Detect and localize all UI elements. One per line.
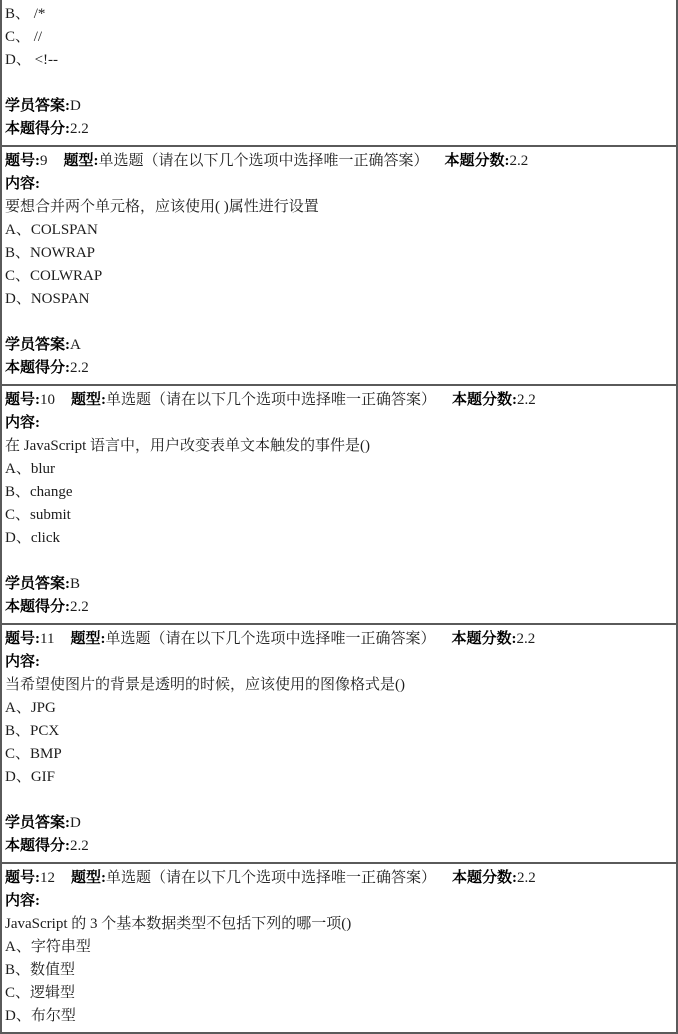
option-row: A、blur [5, 458, 672, 481]
question-text: 在 JavaScript 语言中，用户改变表单文本触发的事件是() [5, 435, 672, 458]
score-obtained-value: 2.2 [70, 838, 89, 854]
question-header: 题号:10题型:单选题（请在以下几个选项中选择唯一正确答案）本题分数:2.2 [5, 389, 672, 412]
question-score: 2.2 [517, 870, 536, 886]
content-label: 内容: [5, 176, 40, 192]
score-obtained-label: 本题得分: [5, 599, 70, 615]
exam-document-page: B、 /* C、 // D、 <!-- 学员答案:D 本题得分:2.2 题号:9… [0, 0, 678, 1034]
score-obtained-value: 2.2 [70, 599, 89, 615]
option-row: D、click [5, 527, 672, 550]
question-number: 10 [40, 392, 55, 408]
question-number-label: 题号: [5, 153, 40, 169]
question-header: 题号:12题型:单选题（请在以下几个选项中选择唯一正确答案）本题分数:2.2 [5, 867, 672, 890]
score-obtained-label: 本题得分: [5, 121, 70, 137]
question-score-label: 本题分数: [451, 631, 516, 647]
option-row: B、PCX [5, 720, 672, 743]
question-number: 12 [40, 870, 55, 886]
question-block-11: 题号:11题型:单选题（请在以下几个选项中选择唯一正确答案）本题分数:2.2 内… [2, 625, 676, 864]
question-text: JavaScript 的 3 个基本数据类型不包括下列的哪一项() [5, 913, 672, 936]
blank-line [5, 789, 672, 812]
student-answer-value: D [70, 815, 81, 831]
student-answer-value: B [70, 576, 80, 592]
option-row: C、COLWRAP [5, 265, 672, 288]
student-answer-label: 学员答案: [5, 576, 70, 592]
question-header: 题号:9题型:单选题（请在以下几个选项中选择唯一正确答案）本题分数:2.2 [5, 150, 672, 173]
question-type-label: 题型: [70, 631, 105, 647]
question-text: 当希望使图片的背景是透明的时候，应该使用的图像格式是() [5, 674, 672, 697]
option-row: C、submit [5, 504, 672, 527]
student-answer-label: 学员答案: [5, 98, 70, 114]
student-answer-label: 学员答案: [5, 337, 70, 353]
question-number: 9 [40, 153, 48, 169]
score-obtained-value: 2.2 [70, 360, 89, 376]
question-type: 单选题（请在以下几个选项中选择唯一正确答案） [99, 153, 429, 169]
option-row: B、 /* [5, 3, 672, 26]
question-block-partial: B、 /* C、 // D、 <!-- 学员答案:D 本题得分:2.2 [2, 0, 676, 147]
question-type: 单选题（请在以下几个选项中选择唯一正确答案） [106, 392, 436, 408]
option-row: B、NOWRAP [5, 242, 672, 265]
score-obtained-value: 2.2 [70, 121, 89, 137]
question-number-label: 题号: [5, 631, 40, 647]
question-block-10: 题号:10题型:单选题（请在以下几个选项中选择唯一正确答案）本题分数:2.2 内… [2, 386, 676, 625]
question-header: 题号:11题型:单选题（请在以下几个选项中选择唯一正确答案）本题分数:2.2 [5, 628, 672, 651]
score-obtained-label: 本题得分: [5, 360, 70, 376]
blank-line [5, 72, 672, 95]
content-label: 内容: [5, 654, 40, 670]
option-row: B、数值型 [5, 959, 672, 982]
option-row: D、GIF [5, 766, 672, 789]
student-answer-value: D [70, 98, 81, 114]
question-block-9: 题号:9题型:单选题（请在以下几个选项中选择唯一正确答案）本题分数:2.2 内容… [2, 147, 676, 386]
student-answer-value: A [70, 337, 81, 353]
option-row: D、NOSPAN [5, 288, 672, 311]
content-label: 内容: [5, 415, 40, 431]
content-label: 内容: [5, 893, 40, 909]
option-row: A、JPG [5, 697, 672, 720]
question-score-label: 本题分数: [445, 153, 510, 169]
question-score-label: 本题分数: [452, 870, 517, 886]
question-type: 单选题（请在以下几个选项中选择唯一正确答案） [105, 631, 435, 647]
option-row: D、布尔型 [5, 1005, 672, 1028]
question-score-label: 本题分数: [452, 392, 517, 408]
option-row: D、 <!-- [5, 49, 672, 72]
option-row: C、BMP [5, 743, 672, 766]
question-type-label: 题型: [71, 870, 106, 886]
question-number: 11 [40, 631, 54, 647]
option-row: C、逻辑型 [5, 982, 672, 1005]
blank-line [5, 311, 672, 334]
question-number-label: 题号: [5, 870, 40, 886]
blank-line [5, 550, 672, 573]
question-type-label: 题型: [64, 153, 99, 169]
option-row: C、 // [5, 26, 672, 49]
question-block-12: 题号:12题型:单选题（请在以下几个选项中选择唯一正确答案）本题分数:2.2 内… [2, 864, 676, 1034]
question-type-label: 题型: [71, 392, 106, 408]
score-obtained-label: 本题得分: [5, 838, 70, 854]
question-score: 2.2 [510, 153, 529, 169]
option-row: A、字符串型 [5, 936, 672, 959]
question-score: 2.2 [516, 631, 535, 647]
question-number-label: 题号: [5, 392, 40, 408]
question-score: 2.2 [517, 392, 536, 408]
question-text: 要想合并两个单元格，应该使用( )属性进行设置 [5, 196, 672, 219]
student-answer-label: 学员答案: [5, 815, 70, 831]
option-row: A、COLSPAN [5, 219, 672, 242]
question-type: 单选题（请在以下几个选项中选择唯一正确答案） [106, 870, 436, 886]
option-row: B、change [5, 481, 672, 504]
